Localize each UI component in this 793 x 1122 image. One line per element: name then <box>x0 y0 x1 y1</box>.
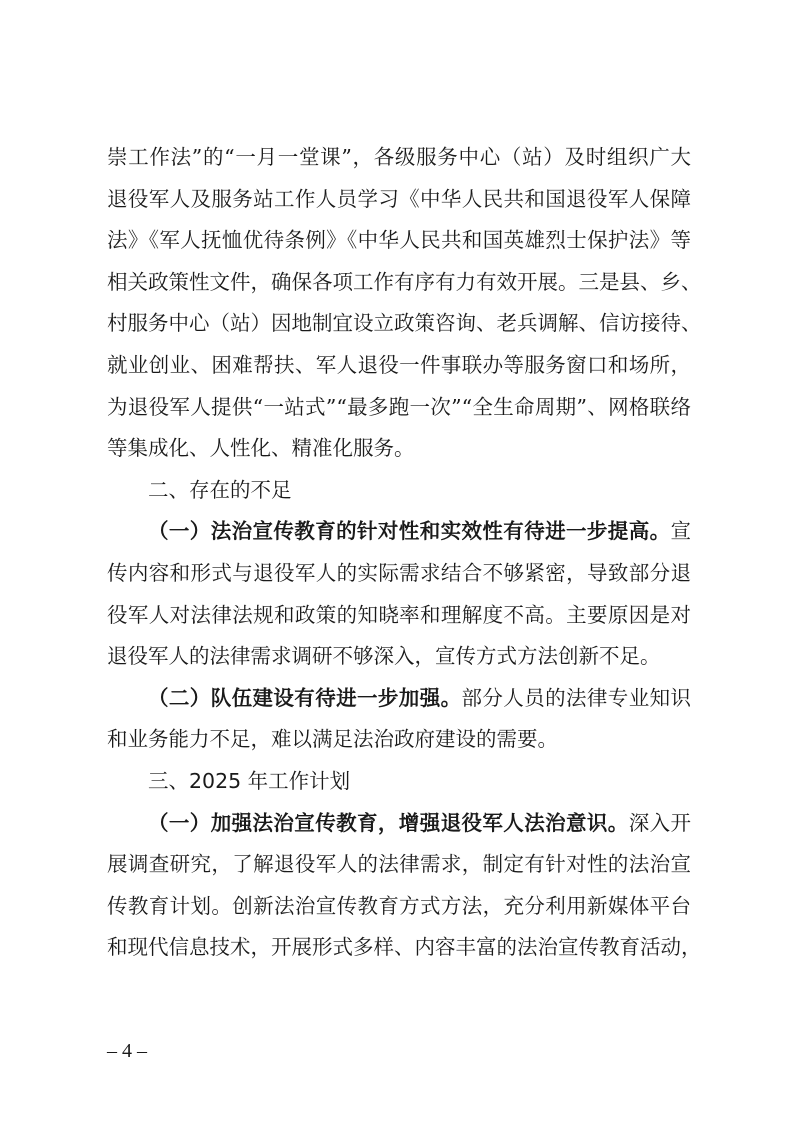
section-heading-shortcomings: 二、存在的不足 <box>107 470 691 512</box>
text-line: 传教育计划。创新法治宣传教育方式方法，充分利用新媒体平台 <box>107 886 691 928</box>
text-line: 传内容和形式与退役军人的实际需求结合不够紧密，导致部分退 <box>107 553 691 595</box>
text-line: 退役军人及服务站工作人员学习《中华人民共和国退役军人保障 <box>107 179 691 221</box>
section2-item2: （二）队伍建设有待进一步加强。部分人员的法律专业知识 和业务能力不足，难以满足法… <box>107 678 691 761</box>
text-line: 为退役军人提供“一站式”“最多跑一次”“全生命周期”、网格联络 <box>107 387 691 429</box>
text-line: 等集成化、人性化、精准化服务。 <box>107 428 691 470</box>
item-text: 部分人员的法律专业知识 <box>462 686 692 710</box>
document-page: 崇工作法”的“一月一堂课”，各级服务中心（站）及时组织广大 退役军人及服务站工作… <box>107 137 691 969</box>
intro-paragraph: 崇工作法”的“一月一堂课”，各级服务中心（站）及时组织广大 退役军人及服务站工作… <box>107 137 691 470</box>
section-heading-work-plan: 三、2025 年工作计划 <box>107 761 691 803</box>
text-line: 和现代信息技术，开展形式多样、内容丰富的法治宣传教育活动， <box>107 927 691 969</box>
text-line: 法》《军人抚恤优待条例》《中华人民共和国英雄烈士保护法》等 <box>107 220 691 262</box>
text-line: 退役军人的法律需求调研不够深入，宣传方式方法创新不足。 <box>107 636 691 678</box>
text-line: （二）队伍建设有待进一步加强。部分人员的法律专业知识 <box>107 678 691 720</box>
text-line: 展调查研究，了解退役军人的法律需求，制定有针对性的法治宣 <box>107 844 691 886</box>
item-text: 深入开 <box>629 811 691 835</box>
text-line: 役军人对法律法规和政策的知晓率和理解度不高。主要原因是对 <box>107 595 691 637</box>
text-line: 和业务能力不足，难以满足法治政府建设的需要。 <box>107 719 691 761</box>
text-line: 相关政策性文件，确保各项工作有序有力有效开展。三是县、乡、 <box>107 262 691 304</box>
text-line: 崇工作法”的“一月一堂课”，各级服务中心（站）及时组织广大 <box>107 137 691 179</box>
section2-item1: （一）法治宣传教育的针对性和实效性有待进一步提高。宣 传内容和形式与退役军人的实… <box>107 511 691 677</box>
page-number: – 4 – <box>107 1040 147 1063</box>
item-bold-lead: （一）加强法治宣传教育，增强退役军人法治意识。 <box>148 811 629 835</box>
item-text: 宣 <box>671 519 692 543</box>
text-line: 村服务中心（站）因地制宜设立政策咨询、老兵调解、信访接待、 <box>107 303 691 345</box>
text-line: （一）加强法治宣传教育，增强退役军人法治意识。深入开 <box>107 803 691 845</box>
text-line: （一）法治宣传教育的针对性和实效性有待进一步提高。宣 <box>107 511 691 553</box>
text-line: 就业创业、困难帮扶、军人退役一件事联办等服务窗口和场所， <box>107 345 691 387</box>
item-bold-lead: （一）法治宣传教育的针对性和实效性有待进一步提高。 <box>148 519 671 543</box>
section3-item1: （一）加强法治宣传教育，增强退役军人法治意识。深入开 展调查研究，了解退役军人的… <box>107 803 691 969</box>
item-bold-lead: （二）队伍建设有待进一步加强。 <box>148 686 462 710</box>
